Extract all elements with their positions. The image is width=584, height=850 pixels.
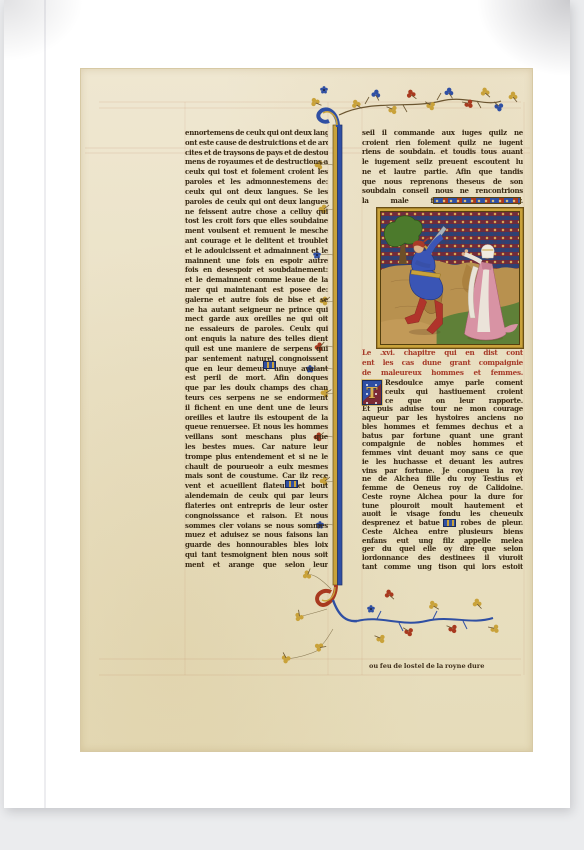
- text-line: ceulx qui tost et folement croient les: [185, 167, 328, 177]
- text-line: ie les huchasse et deuant les autres: [362, 458, 523, 467]
- text-line: muez et aduisez se nous faisons lan: [185, 530, 328, 540]
- text-line: que par les doulx champs des chan: [185, 383, 328, 393]
- text-line: ceulx qui hastiuement croient: [385, 388, 523, 397]
- text-line: bles hommes et femmes dechus et a: [362, 423, 523, 432]
- text-column-right-body: Resdoulce amye parle comentceulx qui has…: [362, 379, 523, 572]
- text-line: ennortemens de ceulx qui ont deux langue…: [185, 128, 328, 138]
- text-line: Le .xvi. chapitre qui en dist cont: [362, 348, 523, 358]
- manuscript-leaf: ennortemens de ceulx qui ont deux langue…: [80, 68, 533, 752]
- text-line: vent et acueillent flateurs et bout: [185, 481, 328, 491]
- text-line: ant courage et le delitent et troublet: [185, 236, 328, 246]
- text-line: galerne et autre fois de bise et se: [185, 295, 328, 305]
- text-line: croient rien folement quilz ne iugent: [362, 138, 523, 148]
- text-line: femmes vint deuant moy sans ce que: [362, 449, 523, 458]
- text-line: oreilles et lautre ils estoupent de la: [185, 413, 328, 423]
- text-line: ce que on leur rapporte.: [385, 397, 523, 406]
- text-line: vins par fortune. Je congneu la roy: [362, 467, 523, 476]
- text-line: compaignie de nobles hommes et: [362, 440, 523, 449]
- text-line: femme de Oeneus roy de Calidoine.: [362, 484, 523, 493]
- illuminated-initial: T: [362, 380, 382, 405]
- text-line: mens de royaumes et de destructions a: [185, 157, 328, 167]
- text-column-left: ennortemens de ceulx qui ont deux langue…: [185, 128, 328, 571]
- text-line: ont este cause de destruictions et de ar…: [185, 138, 328, 148]
- text-line: que nous reprenons theseus de son: [362, 177, 523, 187]
- text-line: enfans eut ung filz appelle melea: [362, 537, 523, 546]
- text-line: congnoissance et raison. Et nous: [185, 511, 328, 521]
- text-line: est peril de mort. Afin donques: [185, 373, 328, 383]
- miniature-painting: [377, 208, 523, 348]
- text-line: mect garde aux oreilles ne qui oit: [185, 314, 328, 324]
- text-line: lordonnance des destinees il viuroit: [362, 554, 523, 563]
- text-line: Et puis aduise tour ne mon courage: [362, 405, 523, 414]
- line-filler-ornament: [433, 197, 521, 204]
- text-line: mer qui maintenant est posee de:: [185, 285, 328, 295]
- text-line: que en leur demeure anuye avalant: [185, 364, 328, 374]
- text-line: ment et arange que selon leur: [185, 560, 328, 570]
- text-line: de maleureux hommes et femmes.: [362, 368, 523, 378]
- text-line: ont enquis la nature des telles dient: [185, 334, 328, 344]
- text-line: flateries ont entrepris de leur oster: [185, 501, 328, 511]
- text-line: sommes cler voians se nous sommes: [185, 521, 328, 531]
- text-line: Resdoulce amye parle coment: [385, 379, 523, 388]
- text-line: soubdain conseil nous ne rencontrions: [362, 186, 523, 196]
- text-line: par sentement naturel congnoissent: [185, 354, 328, 364]
- text-line: les bestes mues. Car nature leur: [185, 442, 328, 452]
- text-line: qui tant tesmoignent bien nous soit: [185, 550, 328, 560]
- text-line: et le adoulcissent et admainnent et le: [185, 246, 328, 256]
- print-card: ennortemens de ceulx qui ont deux langue…: [4, 0, 570, 808]
- text-line: ne essaieurs de paroles. Ceulx qui: [185, 324, 328, 334]
- text-line: ment voulsent et remuent le mesche: [185, 226, 328, 236]
- text-column-right-top: seil il commande aux iuges quilz necroie…: [362, 128, 523, 206]
- product-backdrop: ennortemens de ceulx qui ont deux langue…: [0, 0, 584, 850]
- text-line: ne et lautre partie. Afin que tandis: [362, 167, 523, 177]
- text-line: riens de soubdain. et toudis tous auant: [362, 147, 523, 157]
- text-line: ne ha autant seigneur ne prince qui: [185, 305, 328, 315]
- corner-shadow-left: [4, 0, 94, 70]
- text-line: mainnent une fois en espoir autre: [185, 256, 328, 266]
- miniature-frame: [380, 211, 520, 345]
- text-line: ne feissent autre chose a celluy qui: [185, 207, 328, 217]
- text-line: paroles de ceulx qui ont deux langues: [185, 197, 328, 207]
- chapter-rubric: Le .xvi. chapitre qui en dist content le…: [362, 348, 523, 378]
- text-line: veillans sont meschans plus que: [185, 432, 328, 442]
- text-line: tant comme ung tison qui lors estoit: [362, 563, 523, 572]
- initial-letter: T: [366, 384, 377, 402]
- text-line: chault de pourueoir a eulx mesmes: [185, 462, 328, 472]
- text-line: aqueur par les hystoires anciens no: [362, 414, 523, 423]
- text-line: guarde des honnourables bles loix: [185, 540, 328, 550]
- text-line: tost les croit fors que elles soubdaine: [185, 216, 328, 226]
- paragraph-mark: [285, 480, 298, 488]
- text-line: ceulx qui ont deux langues. Se les: [185, 187, 328, 197]
- text-line: queue renuersee. Et nous les hommes: [185, 422, 328, 432]
- catchword: ou feu de lostel de la royne dure: [369, 662, 529, 670]
- text-line: ne de Alchea fille du roy Testius et: [362, 475, 523, 484]
- text-line: le iugement seilz preuent escoutent lu: [362, 157, 523, 167]
- text-line: il fichent en une dent une de leurs: [185, 403, 328, 413]
- paragraph-mark: [263, 361, 276, 369]
- text-line: teurs ces serpens ne se endorment: [185, 393, 328, 403]
- text-line: seil il commande aux iuges quilz ne: [362, 128, 523, 138]
- text-line: cites et de traysons de pays et de desto…: [185, 148, 328, 158]
- text-line: alendemain de ceulx qui par leurs: [185, 491, 328, 501]
- text-line: ent les cas dune grant compaignie: [362, 358, 523, 368]
- print-stack-edge: [44, 0, 46, 808]
- text-line: quil est une maniere de serpens qui: [185, 344, 328, 354]
- text-line: fois en desespoir et soubdainement:: [185, 265, 328, 275]
- text-line: batus par fortune quant une grant: [362, 432, 523, 441]
- text-line: et le demainnent comme leaue de la: [185, 275, 328, 285]
- text-line: trompe plus entendement et si ne le: [185, 452, 328, 462]
- miniature-scene: [381, 212, 519, 344]
- text-line: paroles et les admonnestemens de:: [185, 177, 328, 187]
- text-line: Ceste Alchea entre plusieurs biens: [362, 528, 523, 537]
- text-line: ger du quel elle oy dire que selon: [362, 545, 523, 554]
- text-line: tune plouroit moult hautement et: [362, 502, 523, 511]
- paragraph-mark: [443, 519, 456, 527]
- text-line: mais sont de coustume. Car ilz rece: [185, 471, 328, 481]
- text-line: auoit le visage fondu les cheueulx: [362, 510, 523, 519]
- text-line: Ceste royne Alchea pour la dure for: [362, 493, 523, 502]
